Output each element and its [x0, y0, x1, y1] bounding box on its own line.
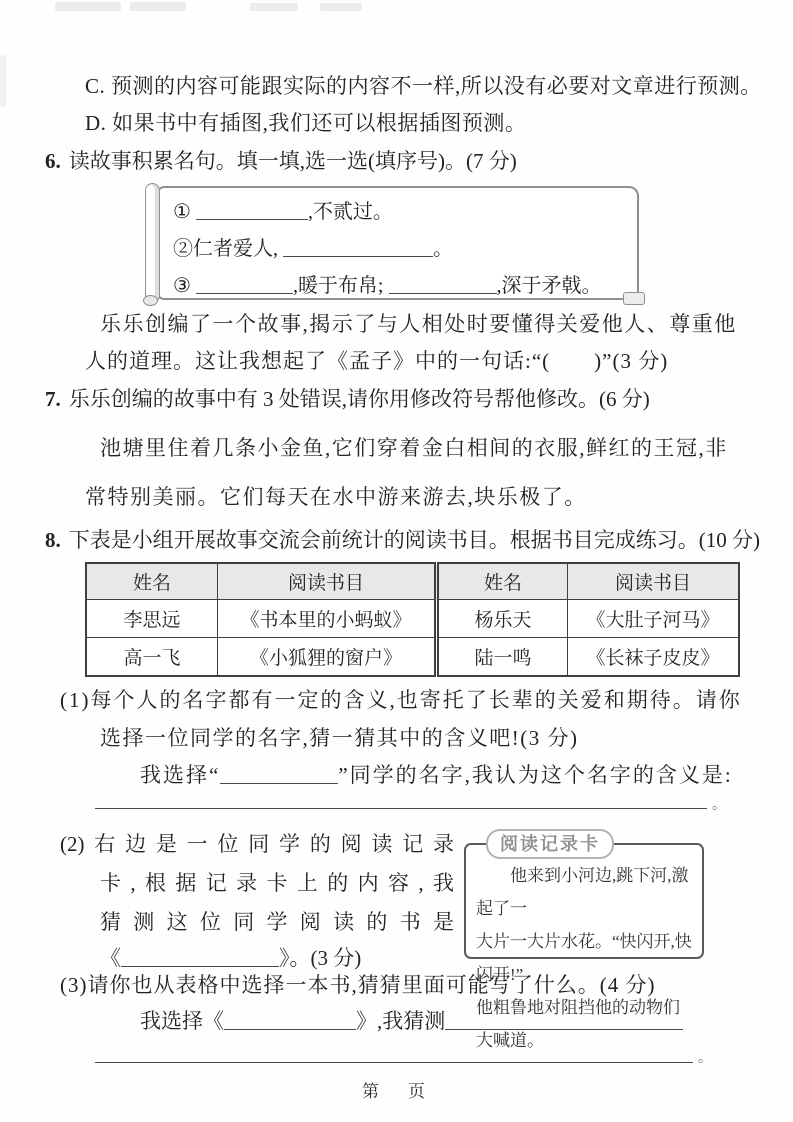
q7-story-line-2: 常特别美丽。它们每天在水中游来游去,块乐极了。: [85, 485, 587, 509]
scroll-roll-corner: [623, 292, 645, 305]
q6-paragraph-line-1: 乐乐创编了一个故事,揭示了与人相处时要懂得关爱他人、尊重他: [100, 312, 737, 336]
header-name-1: 姓名: [86, 563, 218, 600]
worksheet-page: C. 预测的内容可能跟实际的内容不一样,所以没有必要对文章进行预测。 D. 如果…: [0, 0, 793, 1122]
table-header-row: 姓名 阅读书目 姓名 阅读书目: [86, 563, 739, 600]
cell-book: 《大肚子河马》: [568, 600, 740, 638]
fill-blank-3[interactable]: [196, 273, 293, 294]
cell-name: 李思远: [86, 600, 218, 638]
cell-book: 《小狐狸的窗户》: [218, 638, 437, 677]
question-7-text: 乐乐创编的故事中有 3 处错误,请你用修改符号帮他修改。(6 分): [69, 387, 650, 411]
sub2-book-open: 《: [100, 946, 121, 970]
question-7-title: 7.乐乐创编的故事中有 3 处错误,请你用修改符号帮他修改。(6 分): [45, 387, 650, 411]
fill-blank-2[interactable]: [283, 236, 433, 257]
reading-list-table: 姓名 阅读书目 姓名 阅读书目 李思远 《书本里的小蚂蚁》 杨乐天 《大肚子河马…: [85, 562, 740, 677]
scroll-line-1-number: ①: [173, 201, 191, 223]
header-books-1: 阅读书目: [218, 563, 437, 600]
reading-record-card: 阅读记录卡 他来到小河边,跳下河,激起了一 大片一大片水花。“快闪开,快闪开!”…: [464, 843, 704, 959]
scroll-line-2: ②仁者爱人, 。: [173, 231, 625, 268]
scroll-line-2-text: ②仁者爱人,: [173, 238, 278, 260]
sub3-mid: 》,我猜测: [356, 1009, 445, 1033]
q8-sub2-line-3: 猜测这位同学阅读的书是: [100, 910, 454, 934]
scroll-line-1-text: ,不贰过。: [308, 201, 393, 223]
question-8-number: 8.: [45, 528, 61, 552]
card-line-1: 他来到小河边,跳下河,激起了一: [476, 859, 693, 925]
scan-artifact: [55, 2, 121, 11]
question-6-number: 6.: [45, 149, 61, 173]
sub3-prefix: 我选择《: [140, 1009, 224, 1033]
header-name-2: 姓名: [437, 563, 568, 600]
fill-blank-book-2[interactable]: [224, 1008, 356, 1030]
cell-book: 《书本里的小蚂蚁》: [218, 600, 437, 638]
q7-story-line-1: 池塘里住着几条小金鱼,它们穿着金白相间的衣服,鲜红的王冠,非: [100, 436, 728, 460]
fill-blank-book[interactable]: [121, 945, 279, 967]
scan-artifact: [130, 2, 186, 11]
question-6-text: 读故事积累名句。填一填,选一选(填序号)。(7 分): [69, 149, 517, 173]
scan-artifact: [0, 55, 6, 107]
cell-name: 杨乐天: [437, 600, 568, 638]
question-8-text: 下表是小组开展故事交流会前统计的阅读书目。根据书目完成练习。(10 分): [69, 528, 760, 552]
cell-book: 《长袜子皮皮》: [568, 638, 740, 677]
q8-sub1-answer-line: 我选择“”同学的名字,我认为这个名字的含义是:: [140, 762, 733, 787]
q6-paragraph-line-2: 人的道理。这让我想起了《孟子》中的一句话:“( )”(3 分): [85, 349, 668, 373]
option-c: C. 预测的内容可能跟实际的内容不一样,所以没有必要对文章进行预测。: [85, 74, 762, 98]
fill-blank-guess[interactable]: [445, 1008, 683, 1030]
sub1-suffix: ”同学的名字,我认为这个名字的含义是:: [338, 763, 732, 787]
q8-sub3-line-1: (3)请你也从表格中选择一本书,猜猜里面可能写了什么。(4 分): [60, 973, 655, 997]
scroll-line-3-end: ,深于矛戟。: [497, 275, 602, 297]
header-books-2: 阅读书目: [568, 563, 740, 600]
answer-line-2-period: 。: [698, 1047, 712, 1067]
scroll-body: ① ,不贰过。 ②仁者爱人, 。 ③ ,暖于布帛; ,深于矛戟。: [155, 186, 639, 300]
scroll-roll-left: [145, 183, 160, 303]
card-title-badge: 阅读记录卡: [486, 829, 614, 859]
scan-artifact: [320, 3, 362, 11]
sub2-book-close: 》。(3 分): [279, 946, 361, 970]
scan-artifact: [250, 3, 298, 11]
q8-sub1-line-2: 选择一位同学的名字,猜一猜其中的含义吧!(3 分): [100, 726, 578, 750]
table-row: 高一飞 《小狐狸的窗户》 陆一鸣 《长袜子皮皮》: [86, 638, 739, 677]
answer-line-1[interactable]: [95, 786, 707, 809]
fill-blank-name[interactable]: [220, 762, 338, 784]
scroll-line-2-period: 。: [433, 238, 453, 260]
answer-line-2[interactable]: [95, 1040, 693, 1063]
q8-sub1-line-1: (1)每个人的名字都有一定的含义,也寄托了长辈的关爱和期待。请你: [60, 688, 742, 712]
scroll-line-3-number: ③: [173, 275, 191, 297]
answer-line-1-period: 。: [712, 794, 726, 814]
sub1-prefix: 我选择“: [140, 763, 220, 787]
q8-sub2-line-2: 卡,根据记录卡上的内容,我: [100, 871, 454, 895]
quote-scroll: ① ,不贰过。 ②仁者爱人, 。 ③ ,暖于布帛; ,深于矛戟。: [145, 186, 639, 300]
q8-sub2-line-1: (2)右边是一位同学的阅读记录: [60, 832, 454, 856]
cell-name: 高一飞: [86, 638, 218, 677]
question-6-title: 6.读故事积累名句。填一填,选一选(填序号)。(7 分): [45, 149, 517, 173]
table-row: 李思远 《书本里的小蚂蚁》 杨乐天 《大肚子河马》: [86, 600, 739, 638]
option-d: D. 如果书中有插图,我们还可以根据插图预测。: [85, 111, 526, 135]
page-footer: 第 页: [0, 1077, 793, 1102]
fill-blank-1[interactable]: [196, 199, 308, 220]
question-7-number: 7.: [45, 387, 61, 411]
scroll-line-3-mid: ,暖于布帛;: [293, 275, 384, 297]
fill-blank-4[interactable]: [389, 273, 497, 294]
scroll-line-3: ③ ,暖于布帛; ,深于矛戟。: [173, 268, 625, 305]
q8-sub2-answer-line: 《》。(3 分): [100, 945, 361, 970]
cell-name: 陆一鸣: [437, 638, 568, 677]
q8-sub3-answer-line: 我选择《》,我猜测: [140, 1008, 683, 1033]
scroll-line-1: ① ,不贰过。: [173, 194, 625, 231]
question-8-title: 8.下表是小组开展故事交流会前统计的阅读书目。根据书目完成练习。(10 分): [45, 528, 760, 552]
